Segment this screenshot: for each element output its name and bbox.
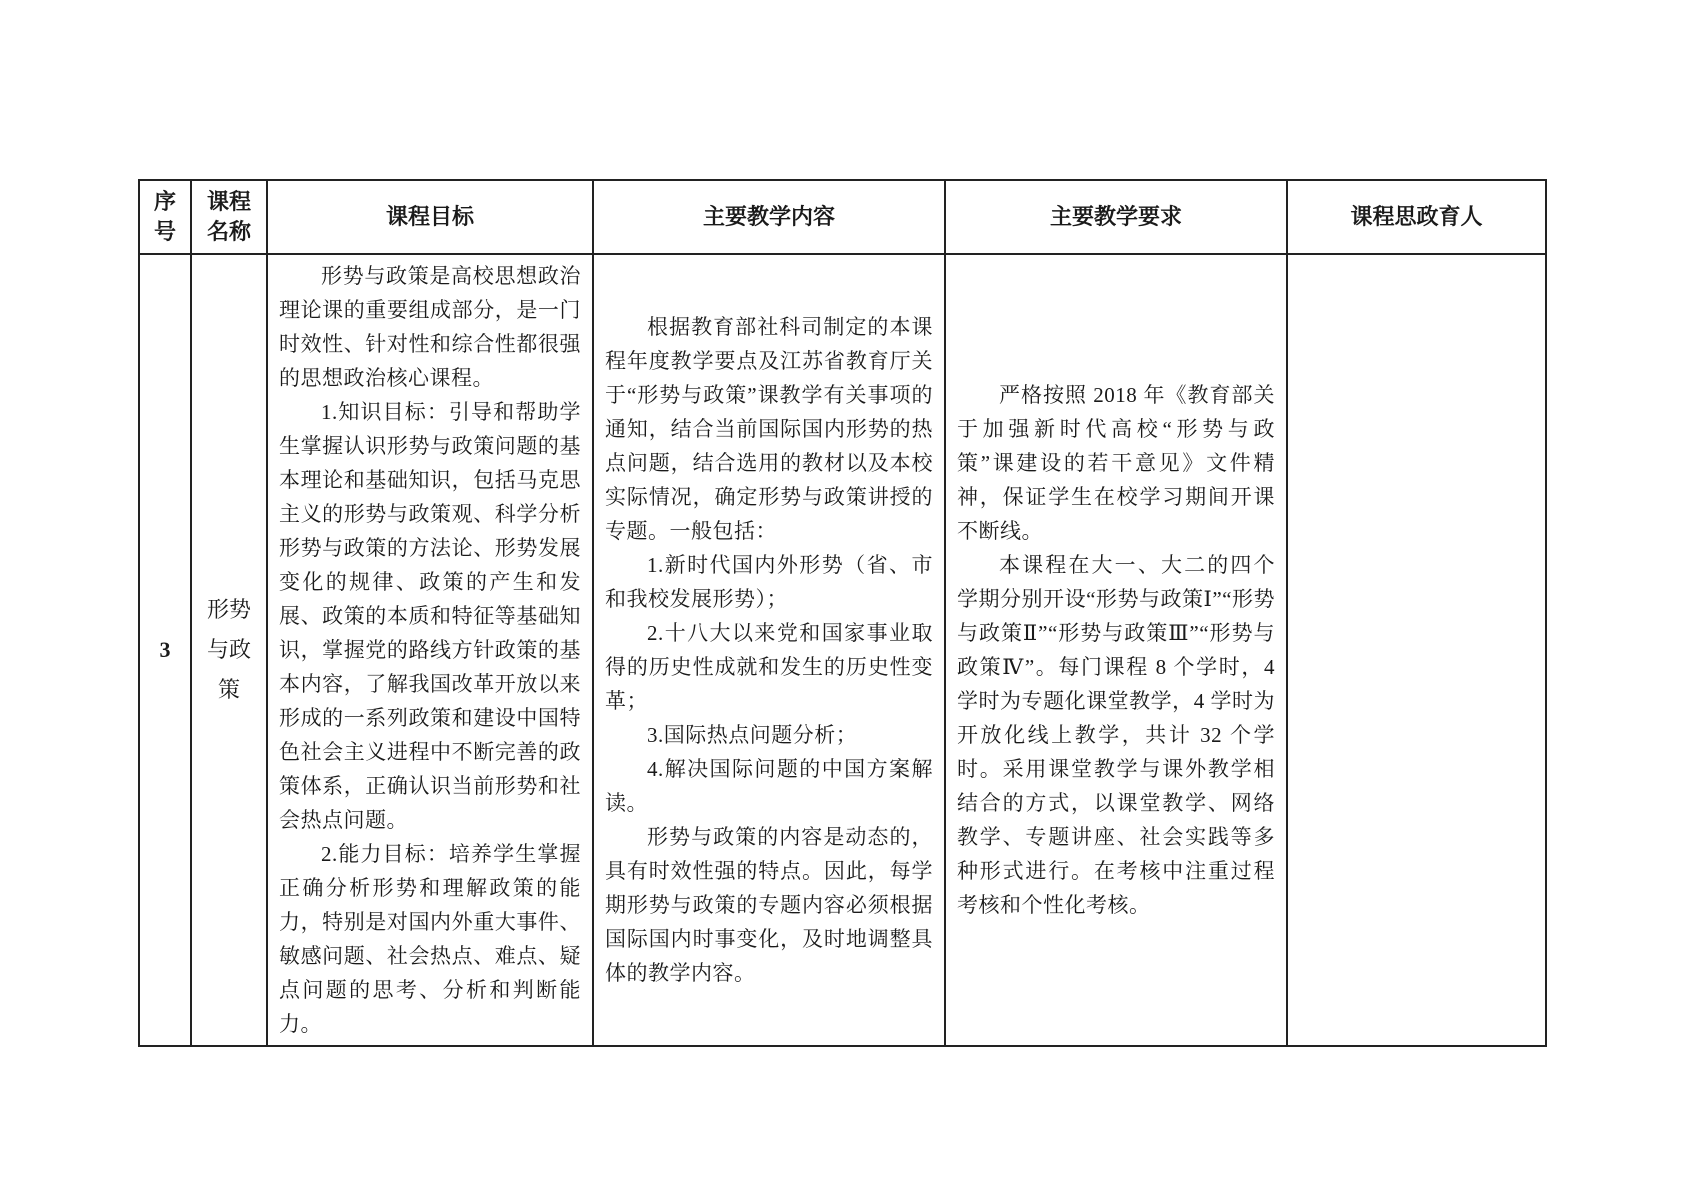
- paragraph: 2.能力目标：培养学生掌握正确分析形势和理解政策的能力，特别是对国内外重大事件、…: [279, 837, 581, 1041]
- col-header-ideology: 课程思政育人: [1287, 180, 1546, 254]
- header-row: 序号 课程名称 课程目标 主要教学内容 主要教学要求 课程思政育人: [139, 180, 1546, 254]
- paragraph: 2.十八大以来党和国家事业取得的历史性成就和发生的历史性变革；: [605, 616, 933, 718]
- table-row: 3 形势与政策 形势与政策是高校思想政治理论课的重要组成部分，是一门时效性、针对…: [139, 254, 1546, 1046]
- row-index-cell: 3: [139, 254, 191, 1046]
- paragraph: 3.国际热点问题分析；: [605, 718, 933, 752]
- objectives-cell: 形势与政策是高校思想政治理论课的重要组成部分，是一门时效性、针对性和综合性都很强…: [267, 254, 593, 1046]
- col-header-course-name: 课程名称: [191, 180, 267, 254]
- paragraph: 4.解决国际问题的中国方案解读。: [605, 752, 933, 820]
- paragraph: 1.知识目标：引导和帮助学生掌握认识形势与政策问题的基本理论和基础知识，包括马克…: [279, 395, 581, 837]
- paragraph: 本课程在大一、大二的四个学期分别开设“形势与政策Ⅰ”“形势与政策Ⅱ”“形势与政策…: [957, 548, 1275, 922]
- paragraph: 根据教育部社科司制定的本课程年度教学要点及江苏省教育厅关于“形势与政策”课教学有…: [605, 310, 933, 548]
- requirements-cell: 严格按照 2018 年《教育部关于加强新时代高校“形势与政策”课建设的若干意见》…: [945, 254, 1287, 1046]
- paragraph: 严格按照 2018 年《教育部关于加强新时代高校“形势与政策”课建设的若干意见》…: [957, 378, 1275, 548]
- col-header-objectives: 课程目标: [267, 180, 593, 254]
- paragraph: 形势与政策的内容是动态的，具有时效性强的特点。因此，每学期形势与政策的专题内容必…: [605, 820, 933, 990]
- col-header-requirements: 主要教学要求: [945, 180, 1287, 254]
- col-header-index: 序号: [139, 180, 191, 254]
- ideology-cell: [1287, 254, 1546, 1046]
- col-header-content: 主要教学内容: [593, 180, 945, 254]
- paragraph: 1.新时代国内外形势（省、市和我校发展形势）；: [605, 548, 933, 616]
- paragraph: 形势与政策是高校思想政治理论课的重要组成部分，是一门时效性、针对性和综合性都很强…: [279, 259, 581, 395]
- course-outline-table: 序号 课程名称 课程目标 主要教学内容 主要教学要求 课程思政育人 3 形势与政…: [138, 179, 1547, 1047]
- content-cell: 根据教育部社科司制定的本课程年度教学要点及江苏省教育厅关于“形势与政策”课教学有…: [593, 254, 945, 1046]
- course-name-cell: 形势与政策: [191, 254, 267, 1046]
